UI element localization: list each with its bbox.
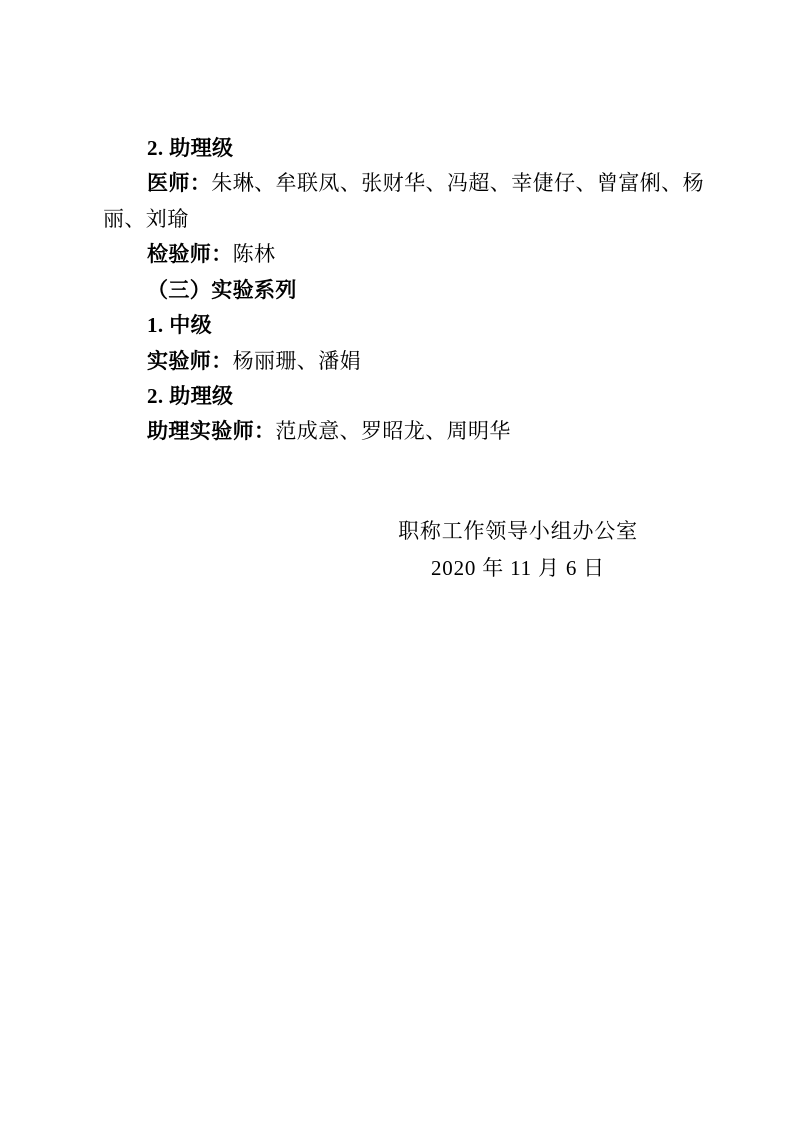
paragraph-heading-assistant-level-2: 2. 助理级 — [103, 379, 704, 414]
signature-block: 职称工作领导小组办公室 2020 年 11 月 6 日 — [396, 513, 640, 587]
bold-label: （三）实验系列 — [147, 278, 297, 302]
paragraph-heading-intermediate-level: 1. 中级 — [103, 308, 704, 343]
paragraph-experimentalists: 实验师：杨丽珊、潘娟 — [103, 344, 704, 379]
text-run: 杨丽珊、潘娟 — [233, 349, 361, 373]
signature-date: 2020 年 11 月 6 日 — [396, 550, 640, 587]
bold-label: 1. 中级 — [147, 313, 212, 337]
text-run: 陈林 — [233, 242, 276, 266]
text-run: 范成意、罗昭龙、周明华 — [275, 419, 510, 443]
paragraph-heading-assistant-level-1: 2. 助理级 — [103, 131, 704, 166]
bold-label: 助理实验师： — [147, 419, 275, 443]
document-body: 2. 助理级医师：朱琳、牟联凤、张财华、冯超、幸倢仔、曾富俐、杨丽、刘瑜检验师：… — [103, 131, 704, 450]
paragraph-assistant-experimentalists: 助理实验师：范成意、罗昭龙、周明华 — [103, 414, 704, 449]
signature-office: 职称工作领导小组办公室 — [396, 513, 640, 550]
bold-label: 医师： — [147, 171, 211, 195]
bold-label: 2. 助理级 — [147, 136, 233, 160]
bold-label: 检验师： — [147, 242, 233, 266]
bold-label: 实验师： — [147, 349, 233, 373]
paragraph-laboratory-technician: 检验师：陈林 — [103, 237, 704, 272]
paragraph-physicians: 医师：朱琳、牟联凤、张财华、冯超、幸倢仔、曾富俐、杨丽、刘瑜 — [103, 166, 704, 237]
document-page: 2. 助理级医师：朱琳、牟联凤、张财华、冯超、幸倢仔、曾富俐、杨丽、刘瑜检验师：… — [0, 0, 793, 1122]
paragraph-heading-experiment-series: （三）实验系列 — [103, 273, 704, 308]
bold-label: 2. 助理级 — [147, 384, 233, 408]
